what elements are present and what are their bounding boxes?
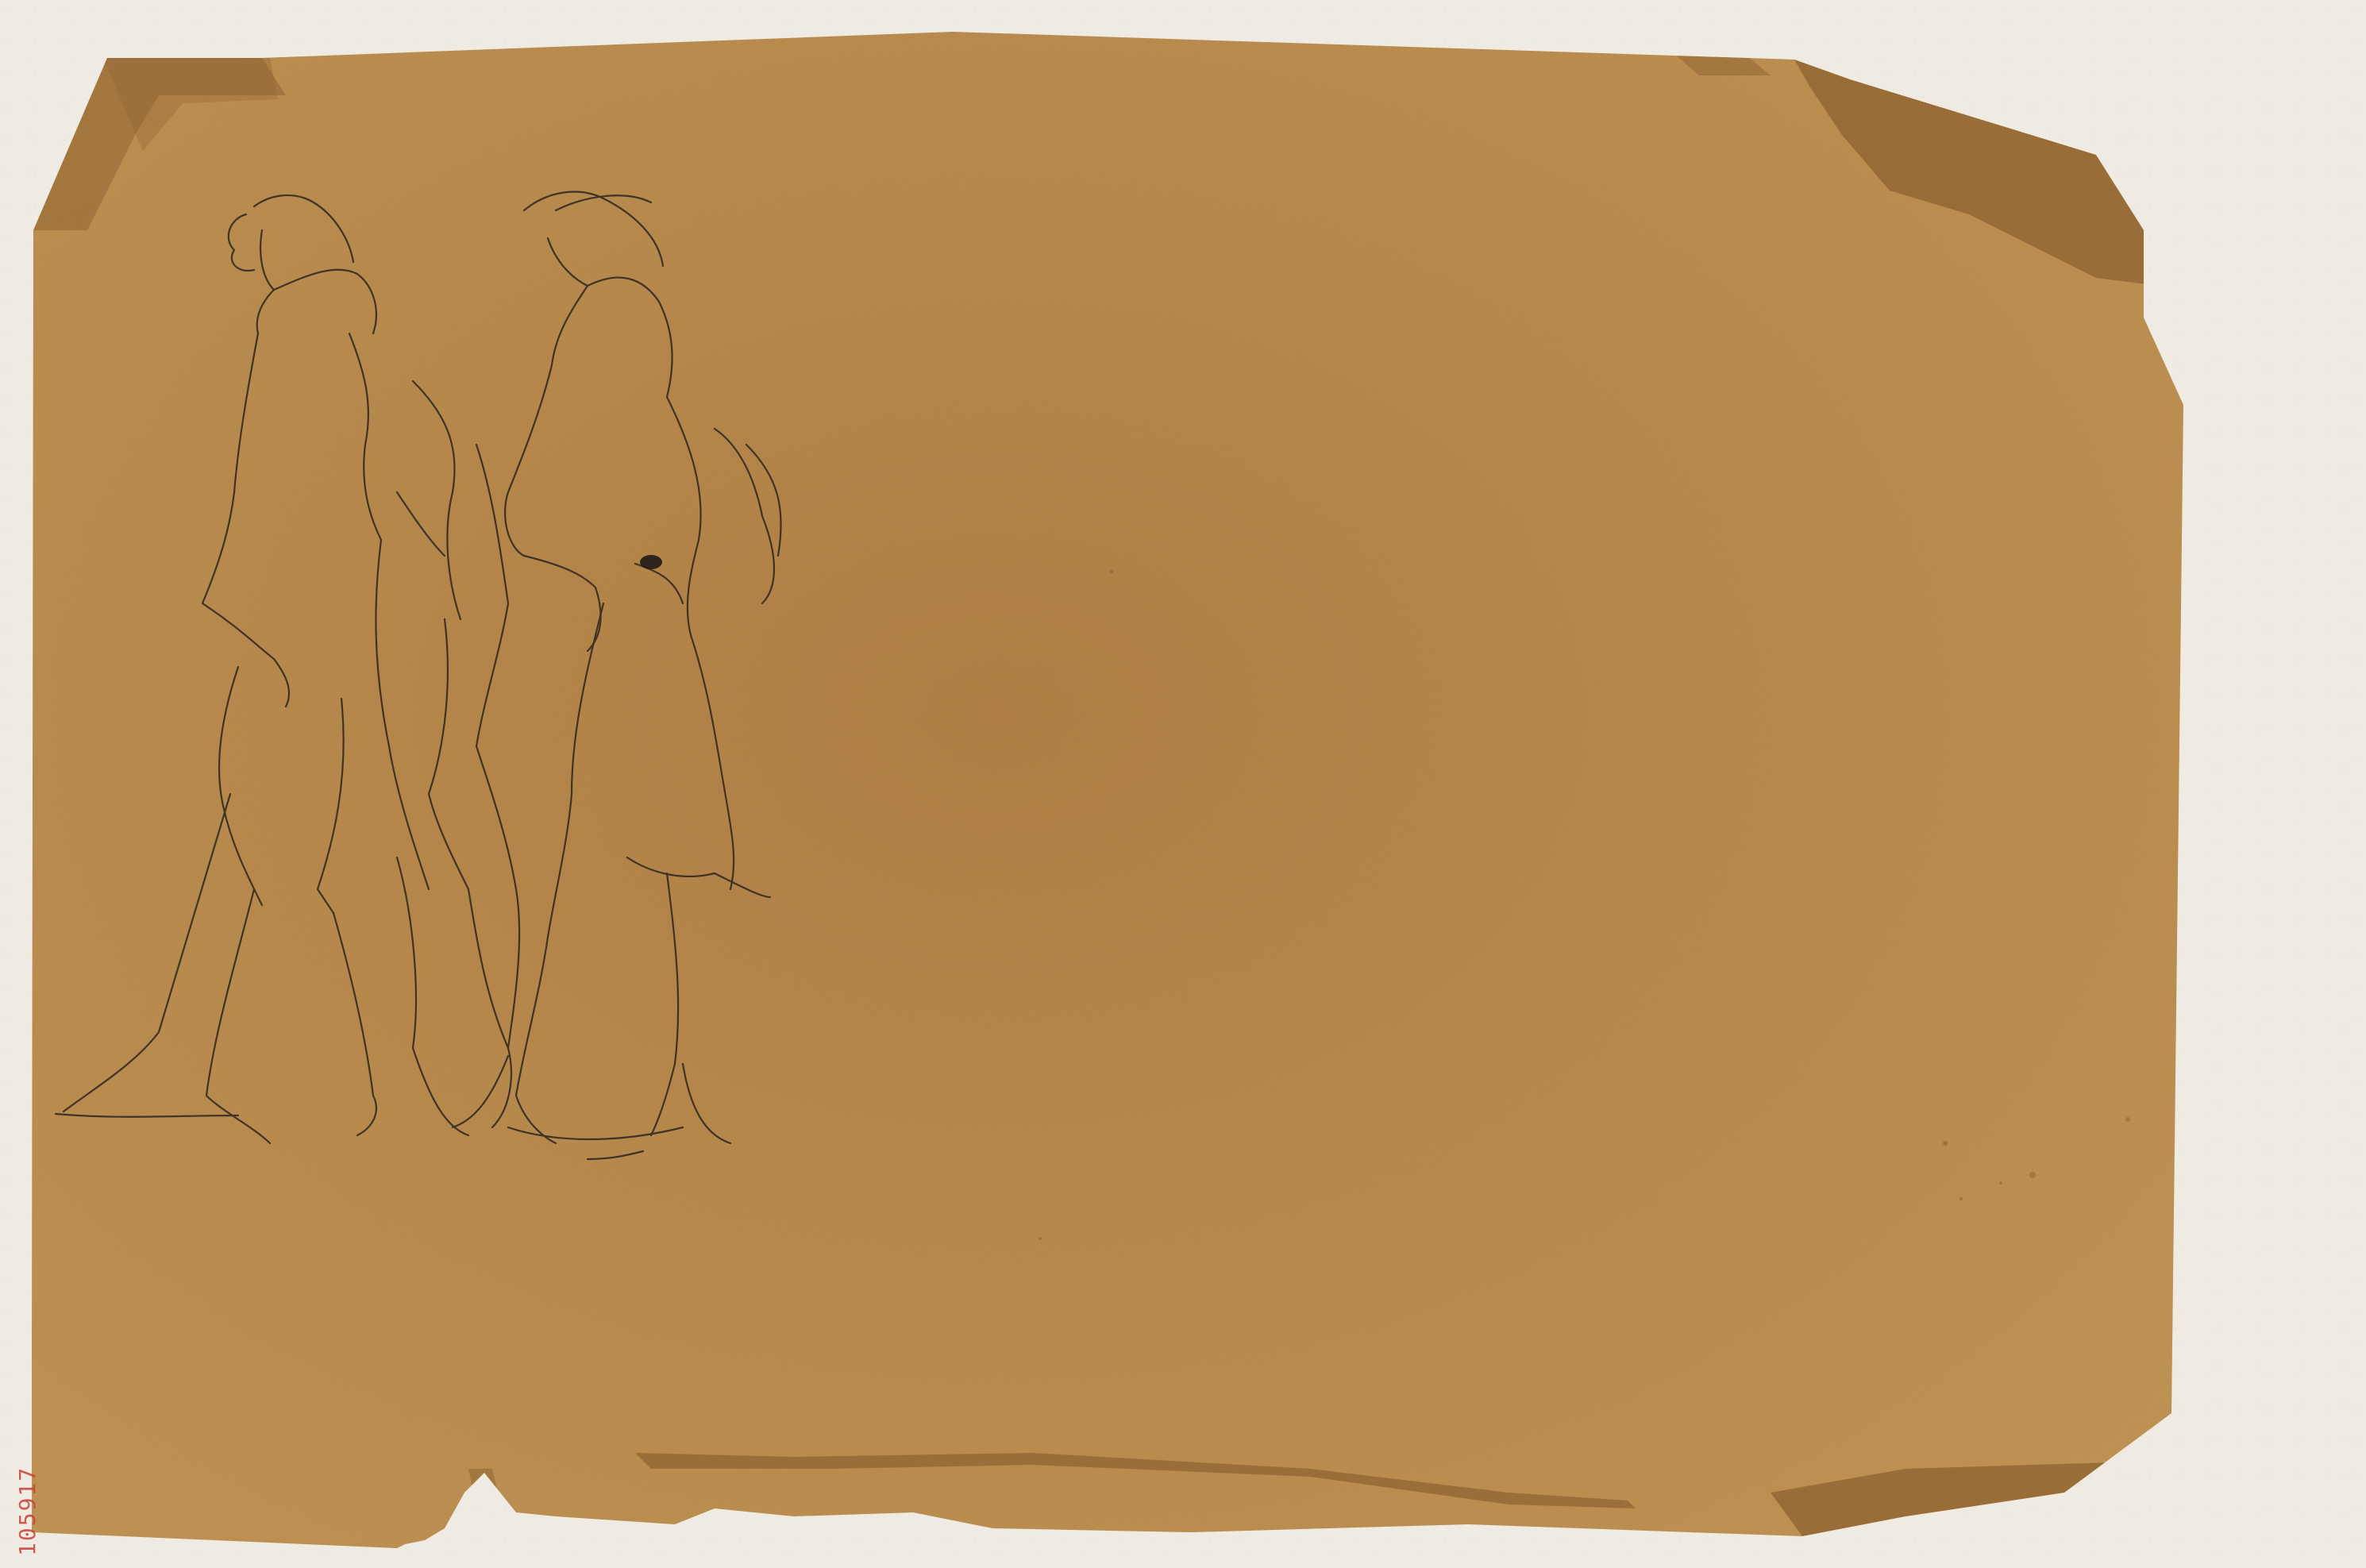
drawing-sheet [0, 0, 2366, 1568]
paper-sheet [32, 32, 2183, 1548]
ink-smudge [640, 555, 662, 569]
inventory-stamp: 105917 [14, 1429, 41, 1556]
